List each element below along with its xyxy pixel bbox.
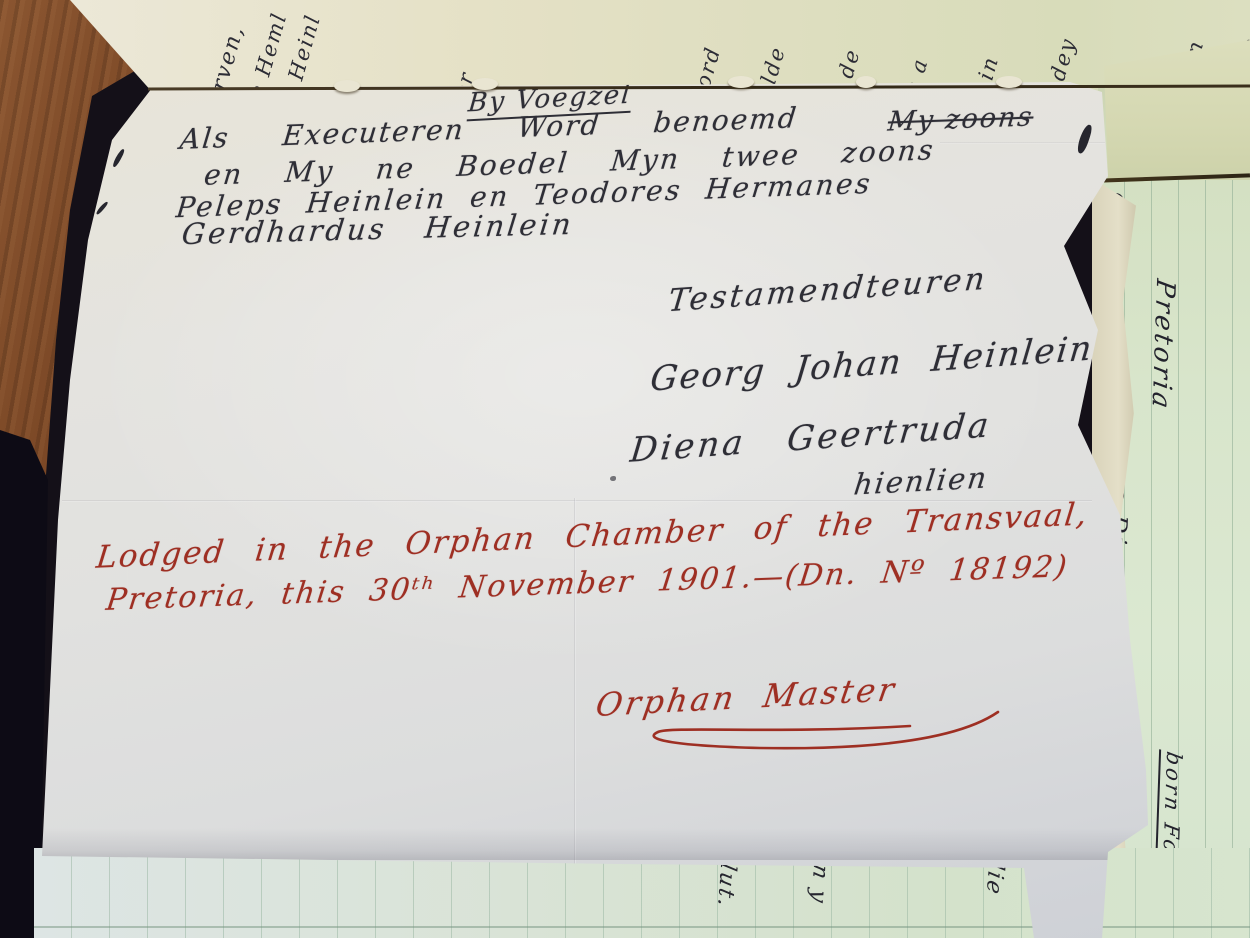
struck-out-words: My zoons [886,101,1035,137]
handwriting-fragment: lut. [712,861,740,911]
signature-underline-flourish [580,704,1010,762]
main-document-page: By Voegzel Als Executeren Word benoemd M… [0,0,1250,938]
stitch-bump [728,76,754,88]
ink-speck [112,148,126,168]
stitch-bump [472,78,498,90]
page-curl-shading [40,828,1150,860]
stitch-bump [856,76,876,88]
ink-smudge [610,476,616,481]
ink-speck [95,201,108,216]
top-folded-page: Erven, ne Heml de Heinl vor te voord wel… [58,0,1250,93]
stitch-bump [996,76,1022,88]
photo-of-archival-document: Erven, ne Heml de Heinl vor te voord wel… [0,0,1250,938]
testator-signature-1: Georg Johan Heinlein [648,328,1095,399]
letter-place-line: Pretoria [1146,277,1180,414]
ink-blot [1076,123,1094,154]
stitch-bump [334,80,360,92]
testator-signature-2-surname: hienlien [852,460,990,501]
horizontal-fold-crease [62,500,1092,502]
testament-title: Testamendteuren [666,261,989,320]
handwriting-fragment: Erven, [202,22,250,93]
testator-signature-2: Diena Geertruda [628,405,993,471]
